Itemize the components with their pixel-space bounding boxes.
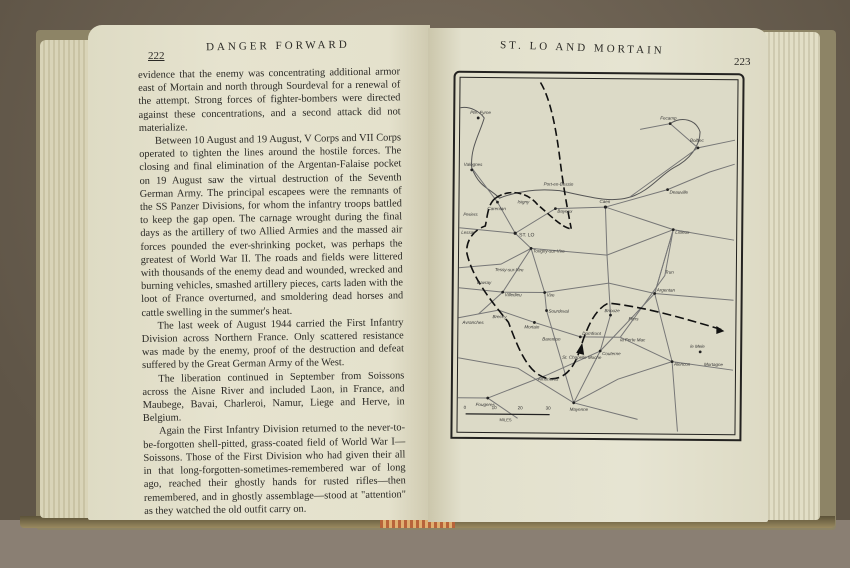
svg-text:Gavray: Gavray: [477, 280, 492, 285]
svg-text:St. Chapelle Moche: St. Chapelle Moche: [562, 355, 602, 360]
left-page: 222 DANGER FORWARD evidence that the ene…: [88, 25, 430, 520]
svg-text:Bolbec: Bolbec: [690, 138, 705, 143]
svg-text:Carentan: Carentan: [487, 206, 506, 211]
svg-text:Ambrieres: Ambrieres: [537, 376, 559, 381]
svg-text:Caen: Caen: [599, 199, 610, 204]
svg-text:ST. LO: ST. LO: [519, 232, 534, 238]
paragraph: The liberation continued in September fr…: [142, 369, 405, 425]
svg-text:le Mele: le Mele: [690, 344, 705, 349]
svg-text:30: 30: [546, 406, 552, 411]
svg-text:Vire: Vire: [547, 293, 555, 298]
svg-text:Alencon: Alencon: [673, 362, 691, 367]
svg-text:Tessy-sur-Vire: Tessy-sur-Vire: [495, 267, 524, 272]
coastline: [459, 107, 700, 200]
svg-text:Valognes: Valognes: [464, 162, 483, 167]
paragraph: Again the First Infantry Division return…: [143, 422, 406, 518]
arrow-head-icon: [576, 343, 584, 355]
svg-text:MILES: MILES: [500, 417, 512, 422]
svg-text:Deauville: Deauville: [670, 190, 689, 195]
right-page: ST. LO AND MORTAIN 223: [428, 28, 768, 522]
right-page-number: 223: [734, 56, 751, 68]
svg-text:Couterne: Couterne: [602, 351, 621, 356]
left-page-edges: [40, 40, 92, 518]
svg-text:la Ferte Mac: la Ferte Mac: [620, 337, 646, 342]
advance-line-north: [539, 82, 572, 228]
svg-text:Argentan: Argentan: [656, 288, 676, 293]
right-page-edges: [760, 32, 820, 520]
map-area: Pte. Fyrne Valognes Carentan Isigny Port…: [456, 77, 738, 435]
svg-text:Mortagne: Mortagne: [704, 362, 724, 367]
svg-text:Mortain: Mortain: [524, 324, 540, 329]
arrow-head-icon: [716, 326, 724, 334]
svg-text:Lisieux: Lisieux: [675, 230, 690, 235]
paragraph: evidence that the enemy was concentratin…: [138, 65, 401, 135]
svg-text:Lessay: Lessay: [461, 230, 476, 235]
map-drawing: Pte. Fyrne Valognes Carentan Isigny Port…: [457, 78, 735, 432]
svg-text:Isigny: Isigny: [517, 199, 530, 204]
map-scale-bar: 0 10 20 30 MILES: [464, 405, 552, 423]
svg-text:Bayeux: Bayeux: [557, 209, 573, 214]
svg-text:Periers: Periers: [463, 212, 478, 217]
svg-text:Domfront: Domfront: [582, 331, 601, 336]
left-running-head: DANGER FORWARD: [206, 39, 350, 54]
left-page-body: evidence that the enemy was concentratin…: [138, 65, 406, 518]
svg-text:Villedieu: Villedieu: [505, 292, 522, 297]
town-markers: [468, 116, 703, 405]
svg-text:Port-en-Bessin: Port-en-Bessin: [544, 182, 574, 187]
svg-text:Sourdeval: Sourdeval: [548, 309, 569, 314]
paragraph: The last week of August 1944 carried the…: [142, 316, 405, 372]
right-running-head: ST. LO AND MORTAIN: [500, 39, 665, 57]
svg-text:Fecamp: Fecamp: [660, 116, 677, 121]
svg-text:Trun: Trun: [665, 270, 674, 275]
svg-text:10: 10: [492, 405, 498, 410]
svg-text:Mayenne: Mayenne: [570, 407, 589, 412]
svg-text:Brecey: Brecey: [492, 314, 507, 319]
svg-text:0: 0: [464, 405, 467, 410]
svg-text:Briouze: Briouze: [605, 308, 621, 313]
roads: [457, 122, 735, 432]
map-st-lo-mortain: Pte. Fyrne Valognes Carentan Isigny Port…: [450, 71, 744, 442]
svg-text:Flers: Flers: [628, 316, 639, 321]
paragraph: Between 10 August and 19 August, V Corps…: [139, 131, 404, 319]
map-labels: Pte. Fyrne Valognes Carentan Isigny Port…: [460, 110, 726, 413]
svg-text:20: 20: [518, 405, 524, 410]
svg-text:Pte. Fyrne: Pte. Fyrne: [470, 110, 491, 115]
svg-text:Torigny-sur-Vire: Torigny-sur-Vire: [533, 248, 565, 253]
svg-text:Barenton: Barenton: [542, 337, 561, 342]
svg-text:Avranches: Avranches: [461, 320, 484, 325]
left-page-number: 222: [148, 50, 165, 62]
